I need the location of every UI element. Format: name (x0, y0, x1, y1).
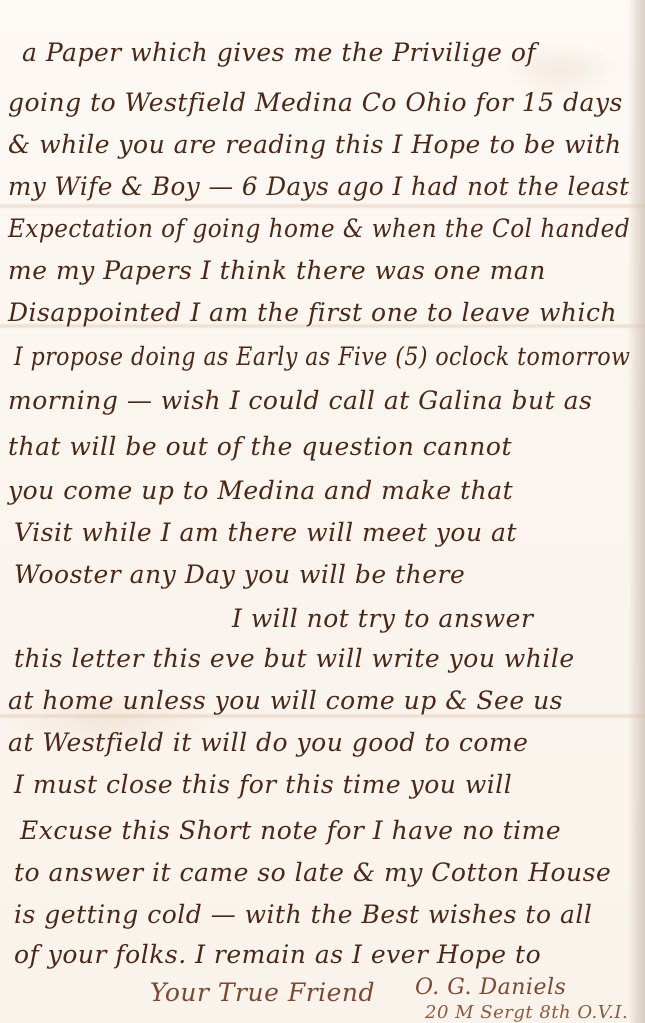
letter-page: a Paper which gives me the Privilige of … (0, 0, 645, 1023)
letter-line: that will be out of the question cannot (8, 432, 512, 461)
letter-line: at Westfield it will do you good to come (8, 728, 528, 757)
letter-line: me my Papers I think there was one man (8, 256, 546, 285)
letter-line: morning — wish I could call at Galina bu… (8, 386, 592, 415)
letter-line: I will not try to answer (232, 604, 533, 633)
letter-line: Excuse this Short note for I have no tim… (20, 816, 561, 845)
letter-line: Disappointed I am the first one to leave… (8, 298, 617, 327)
paper-fold-line (0, 203, 645, 209)
letter-line: going to Westfield Medina Co Ohio for 15… (8, 88, 623, 117)
letter-line: this letter this eve but will write you … (14, 644, 575, 673)
letter-line: Expectation of going home & when the Col… (8, 214, 630, 243)
letter-signature: O. G. Daniels (415, 975, 566, 1000)
letter-line: a Paper which gives me the Privilige of (22, 38, 536, 67)
letter-line: my Wife & Boy — 6 Days ago I had not the… (8, 172, 630, 201)
letter-line: & while you are reading this I Hope to b… (8, 130, 622, 159)
letter-line: you come up to Medina and make that (8, 476, 513, 505)
letter-line: of your folks. I remain as I ever Hope t… (14, 940, 541, 969)
letter-signature-unit: 20 M Sergt 8th O.V.I. (425, 1002, 628, 1023)
letter-line: to answer it came so late & my Cotton Ho… (14, 858, 611, 887)
letter-closing: Your True Friend (150, 978, 375, 1007)
letter-line: I propose doing as Early as Five (5) ocl… (14, 342, 630, 371)
letter-line: I must close this for this time you will (14, 770, 512, 799)
letter-line: at home unless you will come up & See us (8, 686, 563, 715)
letter-line: Wooster any Day you will be there (14, 560, 465, 589)
letter-line: Visit while I am there will meet you at (14, 518, 517, 547)
letter-line: is getting cold — with the Best wishes t… (14, 900, 592, 929)
